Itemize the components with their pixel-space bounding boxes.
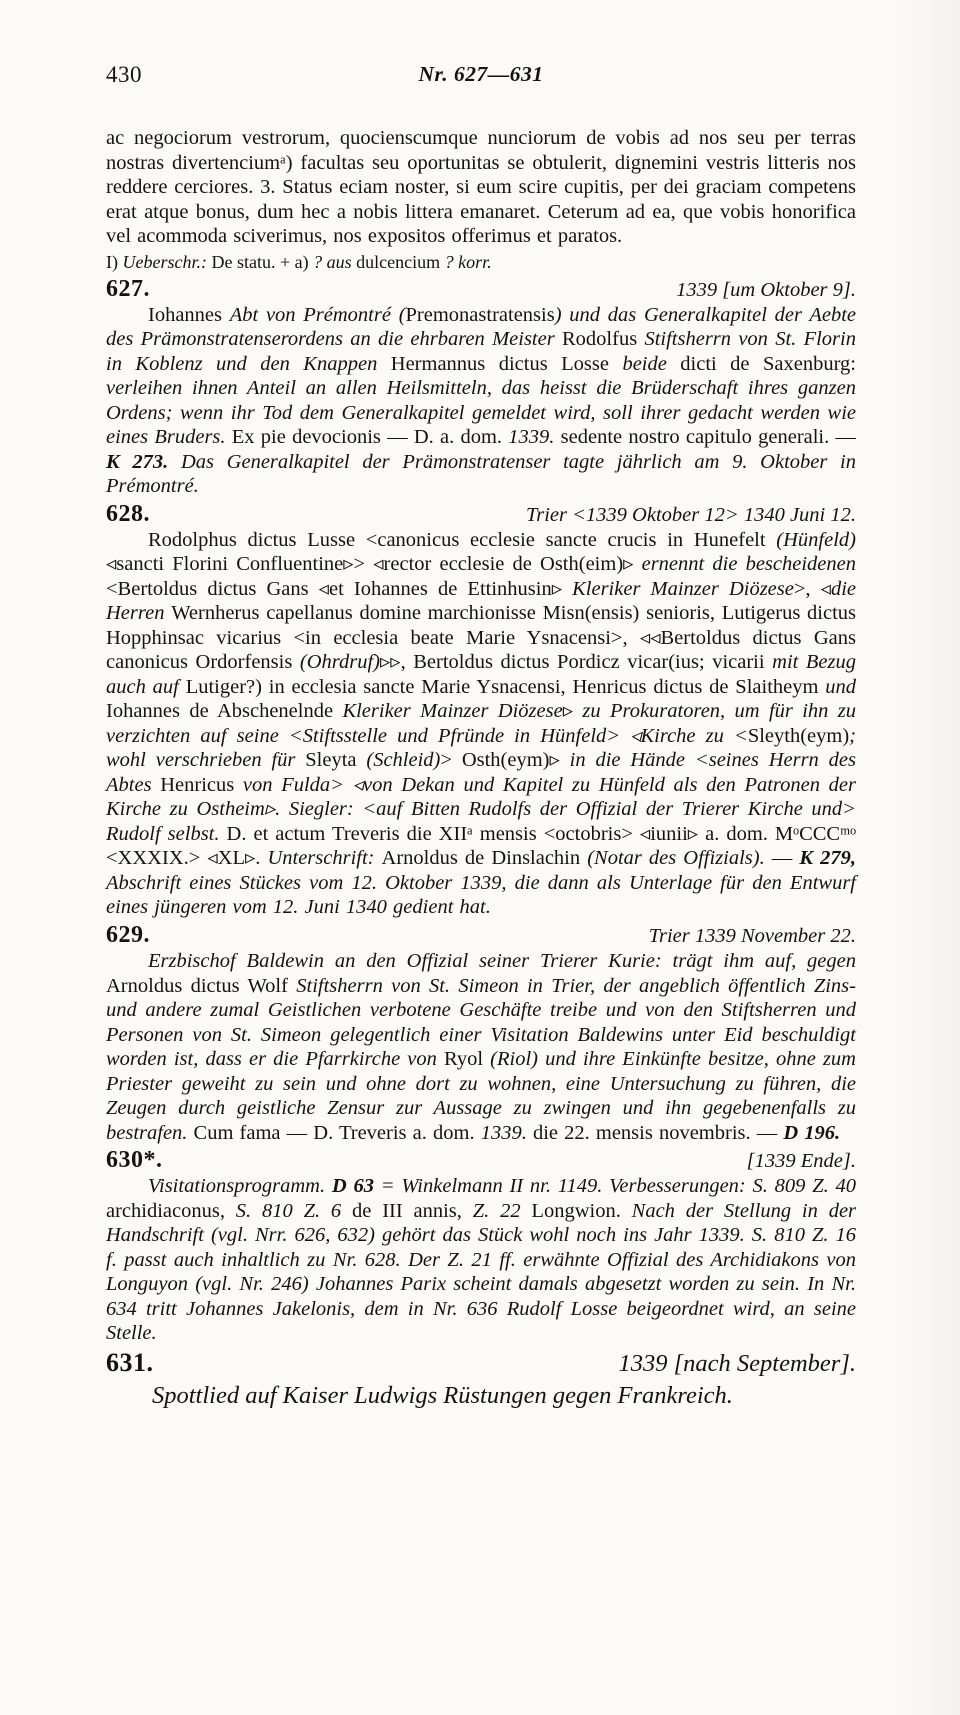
entry-630-head: 630*. [1339 Ende]. <box>106 1148 856 1173</box>
entry-628-head: 628. Trier <1339 Oktober 12> 1340 Juni 1… <box>106 502 856 527</box>
latin-continuation-paragraph: ac negociorum vestrorum, quocienscumque … <box>106 126 856 249</box>
entry-629: 629. Trier 1339 November 22. Erzbischof … <box>106 923 856 1145</box>
entry-631-body: Spottlied auf Kaiser Ludwigs Rüstungen g… <box>106 1381 856 1411</box>
entry-627: 627. 1339 [um Oktober 9]. Iohannes Abt v… <box>106 277 856 499</box>
entry-627-head: 627. 1339 [um Oktober 9]. <box>106 277 856 302</box>
entry-628-body: Rodolphus dictus Lusse <canonicus eccles… <box>106 528 856 920</box>
entry-630: 630*. [1339 Ende]. Visitationsprogramm. … <box>106 1148 856 1346</box>
entry-629-body: Erzbischof Baldewin an den Offizial sein… <box>106 949 856 1145</box>
entry-630-body: Visitationsprogramm. D 63 = Winkelmann I… <box>106 1174 856 1346</box>
entry-627-number: 627. <box>106 277 150 302</box>
header-title: Nr. 627—631 <box>419 62 544 87</box>
entry-627-body: Iohannes Abt von Prémontré (Premonastrat… <box>106 303 856 499</box>
entry-627-date: 1339 [um Oktober 9]. <box>676 279 856 302</box>
apparatus-note: I) Ueberschr.: De statu. + a) ? aus dulc… <box>106 251 856 274</box>
entry-631-date: 1339 [nach September]. <box>619 1350 856 1378</box>
entry-631-number: 631. <box>106 1349 154 1376</box>
scanned-book-page: 430 Nr. 627—631 ac negociorum vestrorum,… <box>0 0 960 1715</box>
entry-630-date: [1339 Ende]. <box>747 1150 856 1173</box>
page-number: 430 <box>106 62 142 87</box>
entry-628-date: Trier <1339 Oktober 12> 1340 Juni 12. <box>526 504 856 527</box>
entry-631-head: 631. 1339 [nach September]. <box>106 1349 856 1378</box>
entry-628-number: 628. <box>106 502 150 527</box>
entry-631: 631. 1339 [nach September]. Spottlied au… <box>106 1349 856 1411</box>
entry-629-number: 629. <box>106 923 150 948</box>
entry-629-head: 629. Trier 1339 November 22. <box>106 923 856 948</box>
entry-629-date: Trier 1339 November 22. <box>649 925 856 948</box>
entry-630-number: 630*. <box>106 1148 163 1173</box>
entry-628: 628. Trier <1339 Oktober 12> 1340 Juni 1… <box>106 502 856 920</box>
running-header: 430 Nr. 627—631 <box>106 62 856 92</box>
